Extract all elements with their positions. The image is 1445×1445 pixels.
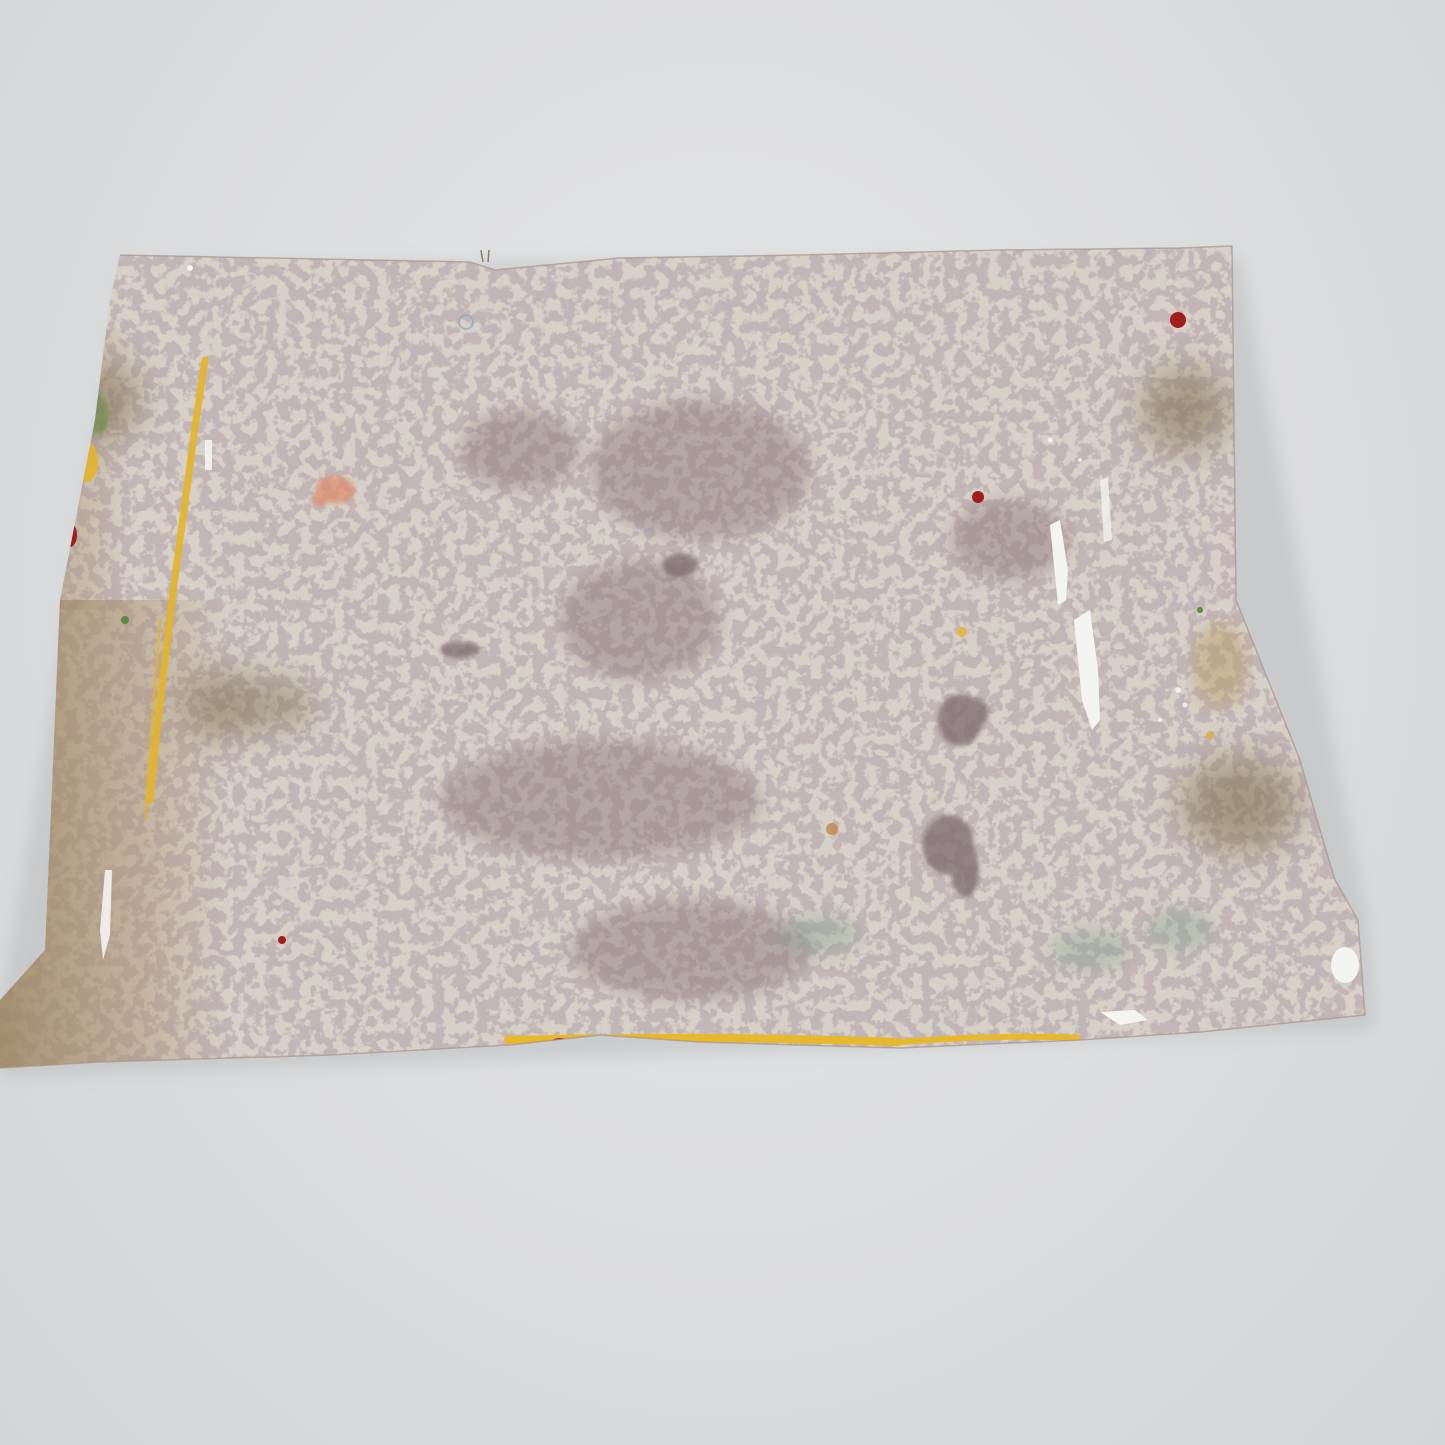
loose-thread: [481, 250, 489, 262]
photo-scene: [0, 0, 1445, 1445]
canvas-surface: [0, 240, 1445, 1080]
paint-canvas-scrap: [0, 0, 1445, 1445]
